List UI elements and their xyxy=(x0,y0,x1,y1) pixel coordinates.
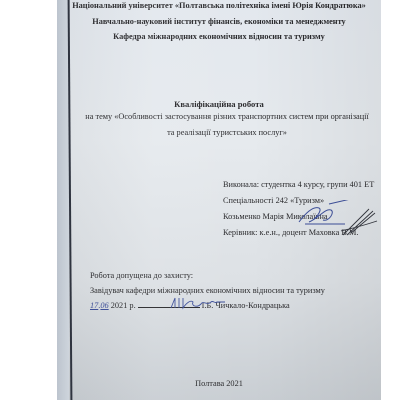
admitted-label: Робота допущена до захисту: xyxy=(90,272,193,280)
date-year: 2021 р. xyxy=(111,301,136,310)
university-name: Національний університет «Полтавська пол… xyxy=(57,2,381,10)
topic-line-1: на тему «Особливості застосування різних… xyxy=(65,113,381,121)
date-month: 06 xyxy=(100,301,108,310)
supervisor-signature-icon xyxy=(339,205,379,239)
performed-by: Виконала: студентка 4 курсу, групи 401 Е… xyxy=(223,181,374,189)
head-signature-icon xyxy=(167,294,229,312)
document-photo: Національний університет «Полтавська пол… xyxy=(57,0,381,400)
institute-name: Навчально-науковий інститут фінансів, ек… xyxy=(57,18,381,26)
document-heading: Кваліфікаційна робота xyxy=(57,100,381,109)
topic-line-2: та реалізації туристських послуг» xyxy=(65,129,381,137)
department-name: Кафедра міжнародних економічних відносин… xyxy=(57,33,381,41)
city-year: Полтава 2021 xyxy=(57,380,381,388)
